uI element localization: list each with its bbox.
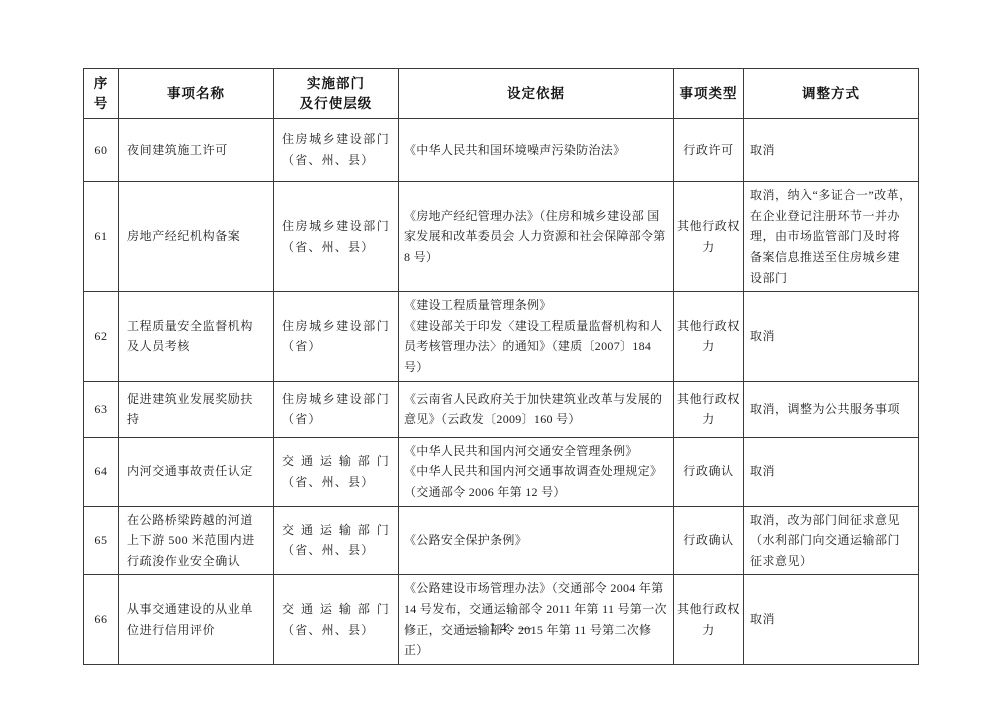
row-62-basis: 《建设工程质量管理条例》 《建设部关于印发〈建设工程质量监督机构和人员考核管理办… <box>399 292 674 382</box>
row-62-type: 其他行政权力 <box>674 292 744 382</box>
table-row: 60 夜间建筑施工许可 住房城乡建设部门（省、州、县） 《中华人民共和国环境噪声… <box>84 119 919 182</box>
document-page: 序 号 事项名称 实施部门 及行使层级 设定依据 事项类型 调整方式 60 夜间… <box>0 0 1000 707</box>
header-implementing-dept: 实施部门 及行使层级 <box>274 69 399 119</box>
table-row: 61 房地产经纪机构备案 住房城乡建设部门（省、州、县） 《房地产经纪管理办法》… <box>84 182 919 292</box>
row-65-seq: 65 <box>84 506 119 575</box>
row-63-basis: 《云南省人民政府关于加快建筑业改革与发展的意见》（云政发〔2009〕160 号） <box>399 381 674 437</box>
row-60-type: 行政许可 <box>674 119 744 182</box>
row-64-adjust: 取消 <box>744 437 919 506</box>
row-63-adjust: 取消，调整为公共服务事项 <box>744 381 919 437</box>
row-64-basis: 《中华人民共和国内河交通安全管理条例》 《中华人民共和国内河交通事故调查处理规定… <box>399 437 674 506</box>
row-65-dept: 交通运输部门（省、州、县） <box>274 506 399 575</box>
row-64-type: 行政确认 <box>674 437 744 506</box>
table-row: 65 在公路桥梁跨越的河道上下游 500 米范围内进行疏浚作业安全确认 交通运输… <box>84 506 919 575</box>
row-61-dept: 住房城乡建设部门（省、州、县） <box>274 182 399 292</box>
row-64-dept: 交通运输部门（省、州、县） <box>274 437 399 506</box>
row-62-name: 工程质量安全监督机构及人员考核 <box>119 292 274 382</box>
header-seq-number: 序 号 <box>84 69 119 119</box>
row-63-name: 促进建筑业发展奖励扶持 <box>119 381 274 437</box>
table-row: 62 工程质量安全监督机构及人员考核 住房城乡建设部门（省） 《建设工程质量管理… <box>84 292 919 382</box>
header-item-name: 事项名称 <box>119 69 274 119</box>
row-60-dept: 住房城乡建设部门（省、州、县） <box>274 119 399 182</box>
row-61-basis: 《房地产经纪管理办法》（住房和城乡建设部 国家发展和改革委员会 人力资源和社会保… <box>399 182 674 292</box>
header-setting-basis: 设定依据 <box>399 69 674 119</box>
header-adjust-method: 调整方式 <box>744 69 919 119</box>
row-65-name: 在公路桥梁跨越的河道上下游 500 米范围内进行疏浚作业安全确认 <box>119 506 274 575</box>
approval-items-table: 序 号 事项名称 实施部门 及行使层级 设定依据 事项类型 调整方式 60 夜间… <box>83 68 919 665</box>
row-61-type: 其他行政权力 <box>674 182 744 292</box>
row-64-seq: 64 <box>84 437 119 506</box>
row-62-seq: 62 <box>84 292 119 382</box>
row-65-basis: 《公路安全保护条例》 <box>399 506 674 575</box>
row-63-type: 其他行政权力 <box>674 381 744 437</box>
table-row: 64 内河交通事故责任认定 交通运输部门（省、州、县） 《中华人民共和国内河交通… <box>84 437 919 506</box>
row-65-adjust: 取消，改为部门间征求意见（水利部门向交通运输部门征求意见） <box>744 506 919 575</box>
table-row: 63 促进建筑业发展奖励扶持 住房城乡建设部门（省） 《云南省人民政府关于加快建… <box>84 381 919 437</box>
row-60-adjust: 取消 <box>744 119 919 182</box>
row-64-name: 内河交通事故责任认定 <box>119 437 274 506</box>
row-60-basis: 《中华人民共和国环境噪声污染防治法》 <box>399 119 674 182</box>
row-63-seq: 63 <box>84 381 119 437</box>
header-item-type: 事项类型 <box>674 69 744 119</box>
row-65-type: 行政确认 <box>674 506 744 575</box>
row-61-name: 房地产经纪机构备案 <box>119 182 274 292</box>
row-60-name: 夜间建筑施工许可 <box>119 119 274 182</box>
row-62-dept: 住房城乡建设部门（省） <box>274 292 399 382</box>
row-61-adjust: 取消，纳入“多证合一”改革，在企业登记注册环节一并办理，由市场监管部门及时将备案… <box>744 182 919 292</box>
row-61-seq: 61 <box>84 182 119 292</box>
row-62-adjust: 取消 <box>744 292 919 382</box>
page-number: — 14 — <box>0 620 1000 636</box>
row-60-seq: 60 <box>84 119 119 182</box>
row-63-dept: 住房城乡建设部门（省） <box>274 381 399 437</box>
table-header-row: 序 号 事项名称 实施部门 及行使层级 设定依据 事项类型 调整方式 <box>84 69 919 119</box>
